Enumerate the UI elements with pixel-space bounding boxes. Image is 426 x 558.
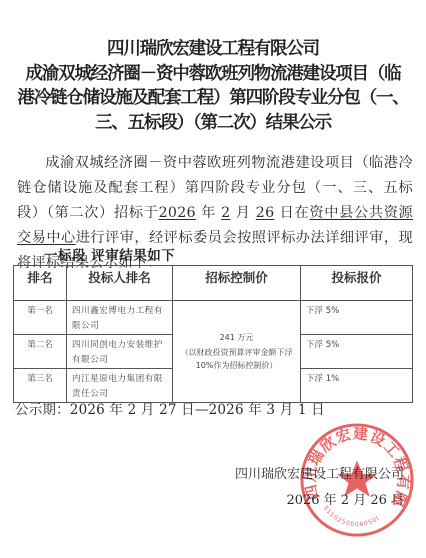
- bid-year: 2026: [159, 205, 196, 221]
- result-table: 排名 投标人排名 招标控制价 投标报价 第一名 四川鑫宏博电力工程有限公司 24…: [13, 265, 413, 403]
- title-line: 三、五标段）（第二次）结果公示: [10, 111, 416, 136]
- control-price-amount: 241 万元: [173, 331, 300, 344]
- rank-cell: 第一名: [14, 301, 67, 335]
- column-header-bidder: 投标人排名: [67, 266, 173, 301]
- table-row: 第一名 四川鑫宏博电力工程有限公司 241 万元 （以财政投资预算评审金额下浮 …: [14, 301, 413, 335]
- month-label: 月: [236, 205, 251, 221]
- year-label: 年: [201, 205, 216, 221]
- quote-cell: 下浮 5%: [301, 335, 413, 369]
- title-line: 四川瑞欣宏建设工程有限公司: [10, 37, 416, 62]
- publicity-period: 公示期：2026 年 2 月 27 日—2026 年 3 月 1 日: [15, 398, 325, 418]
- bid-month: 2: [221, 205, 230, 221]
- section-subheading: 一标段 评审结果如下: [44, 244, 175, 264]
- column-header-quote: 投标报价: [301, 266, 413, 301]
- rank-cell: 第二名: [14, 335, 67, 369]
- bidder-cell: 四川同创电力安装维护有限公司: [67, 335, 173, 369]
- title-line: 成渝双城经济圈－资中蓉欧班列物流港建设项目（临: [10, 62, 416, 87]
- bidder-cell: 四川鑫宏博电力工程有限公司: [67, 301, 173, 335]
- quote-cell: 下浮 5%: [301, 301, 413, 335]
- signature-org: 四川瑞欣宏建设工程有限公司: [235, 463, 404, 482]
- signature-date: 2026 年 2 月 26 日: [286, 489, 404, 508]
- svg-text:5110250006050l: 5110250006050l: [322, 505, 381, 528]
- day-label: 日在: [280, 205, 310, 221]
- control-price-note: （以财政投资预算评审金额下浮 10%作为招标控制价）: [173, 346, 300, 372]
- seal-number: 5110250006050l: [322, 505, 381, 528]
- table-header-row: 排名 投标人排名 招标控制价 投标报价: [14, 266, 413, 301]
- column-header-rank: 排名: [14, 266, 67, 301]
- page-title: 四川瑞欣宏建设工程有限公司 成渝双城经济圈－资中蓉欧班列物流港建设项目（临 港冷…: [10, 37, 416, 135]
- title-line: 港冷链仓储设施及配套工程）第四阶段专业分包（一、: [10, 86, 416, 111]
- control-price-cell: 241 万元 （以财政投资预算评审金额下浮 10%作为招标控制价）: [173, 301, 301, 403]
- bid-day: 26: [256, 205, 275, 221]
- column-header-control-price: 招标控制价: [173, 266, 301, 301]
